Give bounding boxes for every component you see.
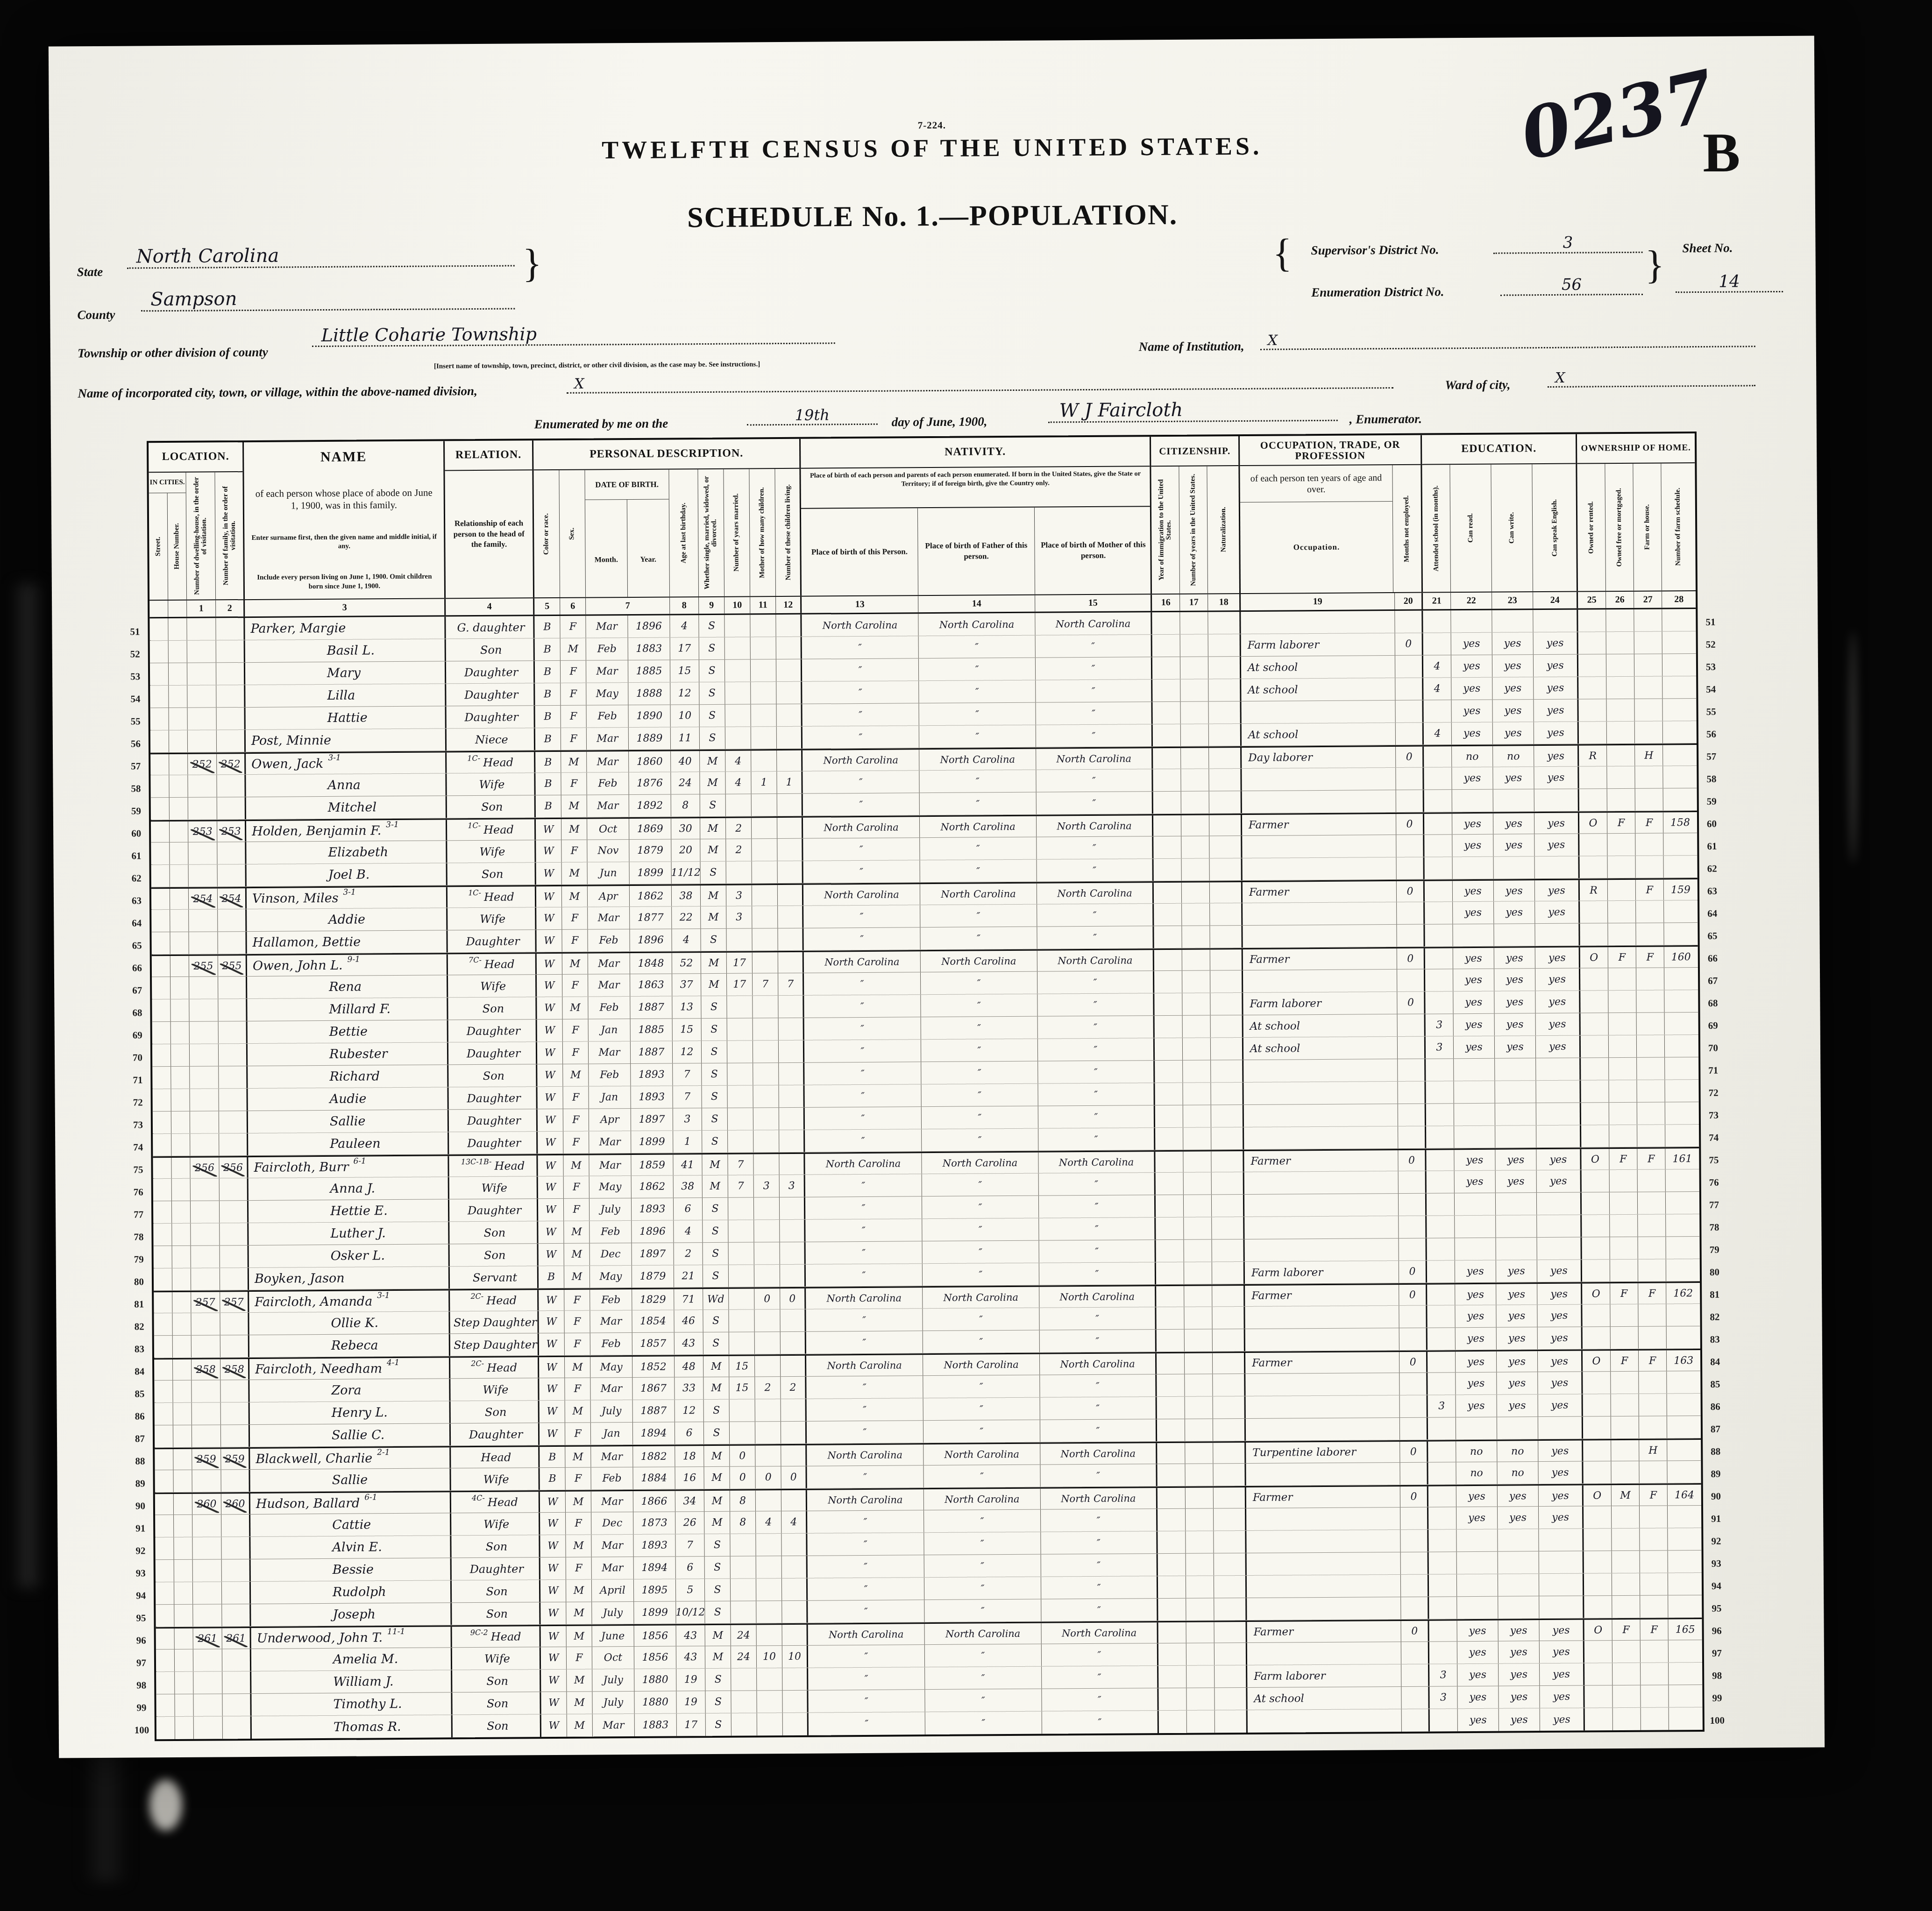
cell-farm-or-house	[1641, 1707, 1669, 1730]
cell-farm-or-house	[1636, 923, 1664, 945]
cell-birth-month: May	[590, 1357, 632, 1378]
cell-occupation	[1243, 970, 1397, 992]
header-location: LOCATION. IN CITIES. Street. House Numbe…	[149, 442, 245, 600]
cell-name: Timothy L.	[251, 1692, 452, 1716]
cell-color: W	[538, 1176, 564, 1198]
cell-naturalization	[1208, 657, 1241, 679]
header-nativity: NATIVITY. Place of birth of each person …	[801, 437, 1152, 596]
cell-farm-schedule-number: 164	[1668, 1485, 1701, 1505]
cell-farm-or-house	[1634, 654, 1662, 676]
cell-marital-status: S	[702, 1086, 727, 1108]
cell-free-or-mortgaged: F	[1612, 1620, 1640, 1640]
cell-mother-birthplace: ″	[1041, 1509, 1158, 1532]
cell-farm-or-house	[1639, 1416, 1667, 1438]
row-number: 86	[1703, 1395, 1728, 1418]
cell-years-in-us	[1180, 634, 1208, 656]
cell-can-speak-english	[1539, 1596, 1584, 1619]
cell-age: 7	[673, 1063, 702, 1085]
cell-children-living	[781, 1534, 807, 1556]
cell-owned-or-rented	[1582, 1215, 1610, 1237]
cell-free-or-mortgaged	[1612, 1506, 1640, 1528]
cell-can-read: yes	[1455, 1305, 1496, 1328]
row-number: 71	[125, 1069, 150, 1091]
cell-birthplace: ″	[807, 1533, 924, 1556]
cell-immigration-year	[1157, 1353, 1185, 1374]
cell-street	[151, 798, 170, 820]
cell-farm-or-house	[1634, 699, 1662, 721]
cell-birth-month: July	[591, 1400, 633, 1423]
cell-birth-month: Feb	[587, 772, 629, 795]
cell-mother-birthplace: ″	[1042, 1711, 1159, 1734]
cell-family-number	[216, 640, 245, 662]
cell-family-number: 252	[217, 754, 246, 774]
cell-age: 6	[675, 1422, 704, 1444]
cell-age: 15	[673, 1019, 702, 1040]
cell-months-not-employed	[1396, 835, 1424, 857]
cell-owned-or-rented	[1582, 1237, 1610, 1259]
cell-birth-year: 1857	[632, 1332, 675, 1355]
cell-years-in-us	[1183, 1038, 1211, 1060]
cell-mother-of-children: 4	[756, 1511, 781, 1533]
cell-age: 38	[672, 885, 701, 906]
cell-children-living	[780, 1197, 805, 1219]
page-stamp: 0237 B	[1520, 69, 1783, 210]
cell-color: B	[535, 706, 561, 728]
cell-birth-year: 1867	[632, 1377, 675, 1400]
cell-father-birthplace: ″	[925, 1644, 1042, 1667]
cell-mother-birthplace: ″	[1042, 1643, 1158, 1666]
cell-years-in-us	[1184, 1239, 1212, 1261]
row-number: 73	[1701, 1104, 1726, 1126]
cell-can-write: yes	[1493, 722, 1534, 744]
cell-street	[152, 956, 170, 977]
cell-house-number	[175, 1694, 193, 1716]
cell-birth-year: 1895	[634, 1579, 676, 1601]
cell-farm-schedule-number	[1662, 609, 1696, 631]
cell-can-speak-english: yes	[1537, 1305, 1582, 1327]
sheet-label: Sheet No.	[1682, 241, 1733, 256]
cell-farm-or-house	[1640, 1528, 1668, 1550]
row-number: 81	[126, 1293, 152, 1315]
census-page: 7-224. TWELFTH CENSUS OF THE UNITED STAT…	[49, 35, 1825, 1758]
cell-children-living	[779, 1108, 805, 1130]
cell-color: W	[540, 1401, 565, 1423]
cell-birthplace: North Carolina	[807, 1444, 923, 1466]
cell-age: 4	[672, 929, 701, 951]
cell-dwelling-number: 258	[192, 1359, 220, 1380]
cell-marital-status: S	[699, 682, 725, 704]
cell-occupation	[1246, 1418, 1400, 1441]
cell-father-birthplace: ″	[923, 1241, 1039, 1264]
cell-marital-status: S	[703, 1310, 729, 1332]
cell-occupation: Farmer	[1243, 881, 1397, 903]
cell-owned-or-rented	[1582, 1192, 1610, 1214]
cell-color: B	[536, 795, 561, 817]
row-number: 63	[124, 889, 149, 912]
row-number: 95	[1704, 1597, 1729, 1620]
cell-street	[154, 1336, 173, 1358]
cell-birthplace: North Carolina	[804, 951, 921, 973]
cell-years-married	[729, 1242, 754, 1264]
cell-house-number	[169, 663, 187, 685]
cell-can-speak-english	[1534, 789, 1579, 812]
cell-immigration-year	[1154, 926, 1182, 948]
cell-sex: F	[565, 1378, 590, 1400]
row-number: 76	[126, 1181, 151, 1203]
cell-children-living	[777, 727, 803, 749]
row-number: 98	[128, 1674, 154, 1696]
cell-sex: M	[567, 1626, 592, 1647]
cell-family-number: 256	[219, 1157, 248, 1178]
cell-house-number	[173, 1425, 192, 1447]
state-value: North Carolina	[127, 243, 514, 269]
cell-family-number	[220, 1246, 249, 1267]
cell-owned-or-rented	[1579, 789, 1607, 811]
cell-sex: M	[567, 1670, 592, 1692]
cell-birthplace: North Carolina	[806, 1288, 923, 1309]
cell-attended-school	[1424, 746, 1452, 767]
cell-marital-status: M	[701, 953, 727, 973]
cell-free-or-mortgaged: F	[1608, 947, 1636, 968]
cell-naturalization	[1210, 882, 1243, 903]
cell-birthplace: ″	[804, 1084, 921, 1107]
cell-children-living: 1	[777, 771, 803, 793]
row-number: 99	[1704, 1687, 1730, 1709]
cell-color: W	[540, 1513, 566, 1535]
cell-free-or-mortgaged	[1609, 1103, 1637, 1125]
cell-color: W	[538, 1199, 564, 1221]
cell-birthplace: ″	[808, 1555, 924, 1578]
cell-can-read	[1451, 610, 1492, 633]
cell-birth-month: Oct	[592, 1647, 634, 1669]
cell-immigration-year	[1153, 769, 1181, 791]
row-number: 68	[1700, 992, 1726, 1014]
cell-attended-school	[1425, 857, 1453, 879]
cell-color: W	[537, 1087, 563, 1109]
cell-occupation	[1246, 1530, 1400, 1553]
cell-farm-or-house: F	[1635, 812, 1663, 833]
cell-family-number	[218, 977, 247, 998]
cell-relation: Son	[452, 1580, 540, 1602]
cell-color: W	[538, 1221, 564, 1243]
cell-birth-month: June	[592, 1626, 634, 1647]
cell-family-number	[219, 1133, 248, 1155]
cell-can-read	[1455, 1238, 1496, 1260]
cell-can-write	[1498, 1529, 1539, 1551]
cell-dwelling-number	[190, 1044, 219, 1066]
cell-age: 41	[673, 1154, 702, 1175]
cell-months-not-employed	[1398, 1037, 1426, 1059]
cell-occupation	[1245, 1373, 1399, 1396]
cell-mother-birthplace: ″	[1038, 1083, 1155, 1106]
cell-children-living	[782, 1601, 808, 1623]
cell-naturalization	[1208, 612, 1241, 634]
row-number: 78	[126, 1225, 151, 1248]
cell-age: 4	[674, 1220, 703, 1242]
cell-farm-or-house	[1637, 1012, 1665, 1034]
cell-mother-birthplace: ″	[1038, 1038, 1155, 1061]
enumerator-signature: W J Faircloth	[1048, 398, 1338, 423]
cell-mother-birthplace: ″	[1038, 1105, 1155, 1128]
cell-mother-birthplace: ″	[1040, 1330, 1157, 1352]
cell-dwelling-number	[193, 1604, 222, 1626]
cell-street	[156, 1628, 175, 1649]
cell-years-in-us	[1184, 1172, 1212, 1194]
cell-attended-school	[1426, 1059, 1454, 1081]
cell-name: Vinson, Miles3-1	[247, 887, 447, 909]
cell-color: W	[541, 1714, 567, 1737]
cell-months-not-employed	[1399, 1171, 1427, 1193]
cell-street	[152, 999, 170, 1021]
cell-mother-of-children	[755, 1445, 781, 1466]
cell-can-read: yes	[1453, 969, 1494, 991]
cell-marital-status: S	[705, 1557, 731, 1578]
cell-owned-or-rented	[1584, 1685, 1612, 1707]
cell-house-number	[174, 1605, 193, 1627]
cell-naturalization	[1213, 1443, 1246, 1463]
cell-can-speak-english: yes	[1536, 1036, 1581, 1058]
cell-farm-or-house	[1638, 1237, 1666, 1259]
cell-can-read: yes	[1457, 1686, 1499, 1709]
cell-years-in-us	[1180, 612, 1208, 634]
cell-children-living	[779, 1154, 805, 1175]
cell-house-number	[173, 1359, 192, 1380]
cell-occupation	[1243, 857, 1397, 880]
cell-mother-birthplace: ″	[1039, 1195, 1156, 1218]
cell-farm-schedule-number: 158	[1663, 812, 1697, 833]
cell-children-living	[781, 1422, 807, 1444]
cell-naturalization	[1212, 1286, 1245, 1306]
row-number: 60	[1699, 813, 1725, 835]
cell-name: Rena	[247, 975, 448, 998]
cell-months-not-employed	[1401, 1664, 1429, 1686]
cell-birthplace: North Carolina	[805, 1153, 922, 1175]
cell-can-read	[1452, 790, 1493, 812]
cell-father-birthplace: North Carolina	[923, 1444, 1040, 1465]
cell-dwelling-number	[191, 1246, 220, 1267]
cell-farm-schedule-number	[1665, 1125, 1699, 1147]
cell-farm-schedule-number	[1665, 1080, 1698, 1102]
cell-farm-schedule-number	[1666, 1304, 1700, 1326]
cell-can-read: no	[1456, 1462, 1497, 1485]
cell-mother-of-children	[755, 1399, 781, 1421]
cell-owned-or-rented	[1578, 654, 1606, 676]
enumeration-value: 56	[1500, 275, 1643, 296]
cell-free-or-mortgaged	[1609, 1013, 1637, 1035]
cell-birth-year: 1897	[631, 1108, 673, 1131]
cell-father-birthplace: North Carolina	[922, 1153, 1038, 1174]
cell-house-number	[174, 1494, 192, 1515]
cell-occupation	[1247, 1597, 1401, 1620]
cell-years-married	[731, 1578, 756, 1600]
cell-years-married	[729, 1309, 754, 1331]
cell-farm-schedule-number: 161	[1665, 1148, 1699, 1169]
cell-birth-year: 1883	[628, 637, 670, 660]
cell-immigration-year	[1153, 724, 1181, 746]
row-number: 88	[1703, 1440, 1728, 1463]
row-number: 81	[1702, 1283, 1727, 1306]
cell-birthplace: ″	[807, 1510, 924, 1533]
cell-marital-status: S	[705, 1579, 731, 1601]
cell-can-speak-english: yes	[1535, 948, 1580, 969]
cell-naturalization	[1215, 1688, 1247, 1710]
cell-birth-month: Jan	[591, 1423, 633, 1445]
cell-attended-school	[1429, 1597, 1457, 1619]
row-number: 100	[1705, 1709, 1730, 1732]
cell-farm-or-house: F	[1637, 1148, 1665, 1169]
cell-immigration-year	[1155, 1128, 1183, 1150]
cell-farm-schedule-number: 165	[1668, 1619, 1702, 1640]
cell-years-in-us	[1184, 1262, 1212, 1284]
cell-relation: Son	[451, 1535, 540, 1557]
cell-can-speak-english: yes	[1538, 1462, 1583, 1484]
cell-children-living	[780, 1242, 806, 1264]
cell-color: W	[536, 840, 561, 862]
cell-color: B	[535, 752, 561, 772]
cell-farm-schedule-number	[1668, 1528, 1701, 1550]
cell-family-number	[218, 864, 247, 886]
cell-years-married: 7	[728, 1154, 753, 1175]
cell-father-birthplace: ″	[920, 837, 1037, 860]
cell-relation: Wife	[447, 773, 535, 795]
cell-color: W	[539, 1357, 565, 1378]
cell-marital-status: M	[703, 1377, 729, 1399]
row-number: 99	[128, 1696, 154, 1719]
cell-occupation	[1241, 701, 1395, 723]
cell-marital-status: M	[700, 818, 726, 839]
cell-immigration-year	[1158, 1622, 1186, 1643]
cell-farm-or-house	[1637, 1102, 1665, 1124]
cell-father-birthplace: ″	[919, 680, 1036, 703]
row-number: 62	[1699, 857, 1725, 880]
film-smudge	[1850, 630, 1856, 864]
cell-years-in-us	[1181, 791, 1209, 813]
cell-birth-month: Mar	[587, 795, 629, 817]
cell-farm-schedule-number	[1668, 1573, 1702, 1595]
cell-children-living	[779, 1130, 805, 1152]
cell-mother-of-children	[756, 1556, 782, 1578]
cell-children-living: 0	[780, 1288, 806, 1309]
cell-farm-schedule-number	[1665, 1102, 1699, 1124]
cell-house-number	[170, 910, 189, 932]
cell-farm-schedule-number	[1668, 1595, 1702, 1617]
cell-birth-month: Mar	[591, 1446, 633, 1467]
cell-street	[153, 1158, 171, 1178]
cell-sex: F	[563, 1087, 589, 1109]
cell-occupation: Farmer	[1247, 1621, 1401, 1642]
cell-sex: M	[566, 1580, 592, 1602]
cell-years-married	[731, 1668, 757, 1690]
cell-free-or-mortgaged	[1613, 1708, 1641, 1730]
cell-years-in-us	[1181, 748, 1209, 768]
cell-can-write: yes	[1498, 1620, 1539, 1641]
cell-occupation: At school	[1242, 723, 1396, 746]
cell-name: Holden, Benjamin F.3-1	[246, 820, 447, 842]
cell-owned-or-rented	[1578, 609, 1606, 631]
cell-dwelling-number	[188, 775, 217, 797]
row-number: 93	[1704, 1552, 1729, 1575]
cell-birth-month: Mar	[586, 616, 628, 638]
cell-mother-of-children	[755, 1332, 781, 1354]
cell-children-living	[779, 1018, 804, 1040]
cell-marital-status: S	[704, 1422, 730, 1444]
cell-can-write: no	[1497, 1462, 1538, 1484]
cell-can-write: yes	[1497, 1372, 1538, 1394]
cell-farm-schedule-number	[1669, 1640, 1702, 1662]
cell-relation: Servant	[450, 1266, 539, 1288]
cell-owned-or-rented	[1582, 1170, 1610, 1192]
cell-children-living	[782, 1691, 808, 1713]
cell-can-read: yes	[1453, 948, 1494, 969]
cell-color: W	[538, 1109, 563, 1131]
cell-years-married	[725, 659, 751, 681]
cell-age: 17	[677, 1713, 706, 1736]
cell-age: 30	[671, 818, 700, 839]
cell-mother-of-children: 7	[753, 973, 778, 995]
cell-street	[153, 1224, 172, 1246]
cell-attended-school	[1429, 1574, 1457, 1596]
cell-street	[156, 1672, 175, 1694]
cell-family-number	[219, 1066, 248, 1088]
cell-can-speak-english: yes	[1540, 1641, 1584, 1663]
cell-can-speak-english: yes	[1534, 767, 1579, 789]
cell-color: B	[535, 638, 561, 660]
cell-birth-year: 1889	[629, 727, 671, 750]
cell-name: Lilla	[245, 684, 446, 707]
cell-sex: F	[561, 683, 586, 705]
cell-birth-year: 1887	[633, 1400, 675, 1422]
cell-can-write: yes	[1492, 677, 1534, 700]
cell-years-in-us	[1184, 1286, 1212, 1306]
cell-months-not-employed	[1395, 701, 1423, 722]
cell-relation: Daughter	[446, 706, 535, 728]
cell-house-number	[175, 1717, 194, 1739]
cell-immigration-year	[1158, 1576, 1186, 1598]
cell-can-speak-english: yes	[1536, 1149, 1581, 1170]
cell-father-birthplace: North Carolina	[923, 1287, 1039, 1309]
cell-years-married	[728, 1220, 754, 1242]
cell-attended-school	[1424, 835, 1452, 856]
cell-months-not-employed	[1401, 1642, 1429, 1664]
cell-birth-year: 1882	[633, 1446, 675, 1467]
cell-farm-schedule-number	[1666, 1192, 1699, 1214]
cell-sex: F	[565, 1423, 591, 1445]
cell-occupation	[1241, 611, 1395, 634]
cell-years-married	[726, 794, 752, 816]
cell-can-speak-english	[1536, 1103, 1581, 1125]
cell-family-number: 255	[218, 955, 247, 976]
cell-immigration-year	[1152, 657, 1180, 679]
cell-years-married: 4	[725, 750, 751, 771]
cell-relation: 7C-Head	[448, 954, 537, 975]
cell-birth-year: 1887	[631, 1041, 673, 1063]
cell-house-number	[170, 798, 188, 820]
cell-months-not-employed: 0	[1401, 1621, 1429, 1642]
cell-years-in-us	[1183, 1105, 1211, 1127]
cell-can-read: yes	[1457, 1664, 1499, 1686]
cell-can-write: yes	[1499, 1708, 1540, 1731]
cell-name: Addie	[247, 908, 447, 931]
cell-sex: M	[561, 638, 586, 660]
cell-farm-schedule-number	[1665, 1057, 1698, 1079]
cell-house-number	[175, 1649, 193, 1671]
cell-children-living	[780, 1220, 805, 1242]
cell-free-or-mortgaged	[1609, 1125, 1637, 1147]
cell-can-write: yes	[1496, 1284, 1537, 1305]
cell-sex: M	[564, 1221, 590, 1243]
cell-can-read: yes	[1457, 1642, 1499, 1664]
cell-immigration-year	[1156, 1217, 1184, 1239]
